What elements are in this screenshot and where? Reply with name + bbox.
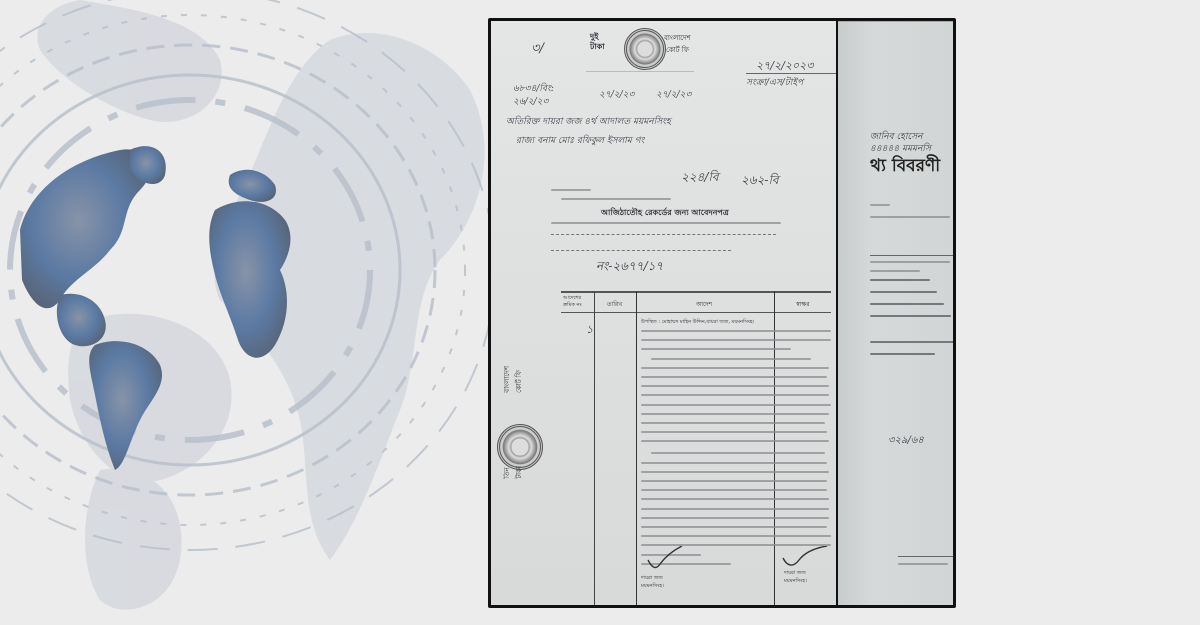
table-header-serial: আদেশের ক্রমিক নং [563, 295, 593, 309]
order-text-line [641, 367, 829, 369]
order-text-line [641, 498, 829, 500]
handwritten-date-a: ২৭/২/২৩ [599, 87, 634, 102]
order-text-line [641, 385, 829, 387]
table-header-order: আদেশ [696, 299, 712, 310]
side-stamp-value: তিন টাকা [501, 466, 525, 479]
table-header-date: তারিখ [607, 299, 622, 310]
handwritten-parties-line: রাজ্য বনাম মোঃ রফিকুল ইসলাম গং [516, 133, 644, 148]
print-line [898, 563, 948, 565]
side-handwritten-line: ৩২৯/৬৪ [888, 433, 924, 450]
table-column-divider [594, 291, 595, 605]
order-intro: উপস্থিত : মোহাম্মদ মাহিন উদ্দিন,যায়রা জ… [641, 319, 754, 327]
footer-right-signature: দায়রা জজ ময়মনসিংহ। [784, 569, 807, 585]
tick-mark-icon [646, 546, 686, 571]
side-stamp-country: বাংলাদেশ [501, 366, 513, 393]
stamp-value-text: দুই টাকা [590, 32, 605, 52]
side-court-seal-icon [497, 424, 543, 470]
order-text-line [641, 431, 827, 433]
order-text-line [641, 489, 827, 491]
side-rule [870, 255, 953, 256]
form-dotted-line [551, 250, 731, 251]
side-court-fee-stamp: বাংলাদেশ কোর্ট ফি তিন টাকা [499, 366, 529, 496]
side-text-line [870, 279, 930, 281]
side-text-line [870, 315, 951, 317]
order-text-line [641, 462, 827, 464]
side-text-line [870, 341, 953, 343]
table-column-divider [774, 291, 775, 605]
side-text-line [870, 353, 935, 355]
table-top-border [561, 291, 831, 293]
handwritten-mark: ৩/ [531, 39, 544, 60]
print-line [870, 261, 950, 263]
signature-mark-icon [781, 546, 831, 568]
handwritten-date-b: ২৭/২/২৩ [656, 87, 691, 102]
table-header-signature: স্বাক্ষর [796, 299, 810, 310]
order-text-line [641, 526, 827, 528]
table-header-border [561, 312, 831, 313]
print-line [551, 222, 781, 224]
print-line [870, 204, 890, 206]
form-dotted-line [551, 234, 776, 235]
side-document-title: থ্য বিবরণী [870, 153, 940, 181]
handwritten-court-line: অতিরিক্ত দায়রা জজ ৪র্থ আদালত ময়মনসিংহ [506, 114, 671, 129]
side-text-line [870, 303, 944, 305]
court-order-document: দুই টাকা বাংলাদেশ কোর্ট ফি ৩/ ২৭/২/২০২৩ … [491, 21, 836, 605]
court-seal-icon [624, 28, 666, 70]
handwritten-stamp-note-2: ২৬২-বি [741, 172, 779, 192]
order-text-line [641, 348, 791, 350]
order-text-line [641, 413, 829, 415]
order-text-line [641, 440, 829, 442]
table-column-divider [636, 291, 637, 605]
order-text-line [651, 358, 811, 360]
serial-number: ১ [586, 321, 593, 340]
order-text-line [641, 339, 831, 341]
order-text-line [641, 480, 827, 482]
side-document: জানিব হোসেন ৪৪৪৪৪ মমমনসি থ্য বিবরণী ৩২৯/… [838, 21, 953, 605]
order-text-line [651, 452, 825, 454]
print-line [551, 189, 591, 191]
side-rule [898, 556, 953, 557]
side-text-line [870, 291, 937, 293]
order-text-line [641, 330, 831, 332]
case-number: নং-২৬৭৭/১৭ [596, 258, 663, 278]
print-line [870, 270, 920, 272]
order-text-line [641, 535, 831, 537]
date-underline [746, 73, 836, 74]
order-text-line [641, 422, 825, 424]
stamp-fee-text: কোর্ট ফি [666, 44, 689, 56]
court-fee-stamp: দুই টাকা বাংলাদেশ কোর্ট ফি [586, 26, 694, 72]
side-rule [838, 21, 953, 22]
order-text-line [641, 394, 829, 396]
order-text-line [641, 517, 829, 519]
footer-left-signature: দায়রা জজ ময়মনসিংহ। [641, 574, 664, 590]
handwritten-stamp-note-1: ২২৪/বি [681, 169, 719, 189]
order-text-line [641, 376, 827, 378]
side-stamp-fee: কোর্ট ফি [513, 370, 525, 393]
form-heading: আজিঠাতৌহ রেকর্ডের জন্য আবেদনপত্র [601, 207, 729, 220]
print-line [870, 216, 950, 218]
print-line [561, 198, 671, 200]
handwritten-note: সংক্রা/এস/টাইপ [746, 75, 803, 90]
case-reference-date: ২৬/২/২৩ [513, 94, 548, 109]
stamp-country-text: বাংলাদেশ [664, 32, 691, 44]
order-text-line [641, 471, 829, 473]
order-text-line [641, 404, 831, 406]
order-text-line [641, 508, 829, 510]
